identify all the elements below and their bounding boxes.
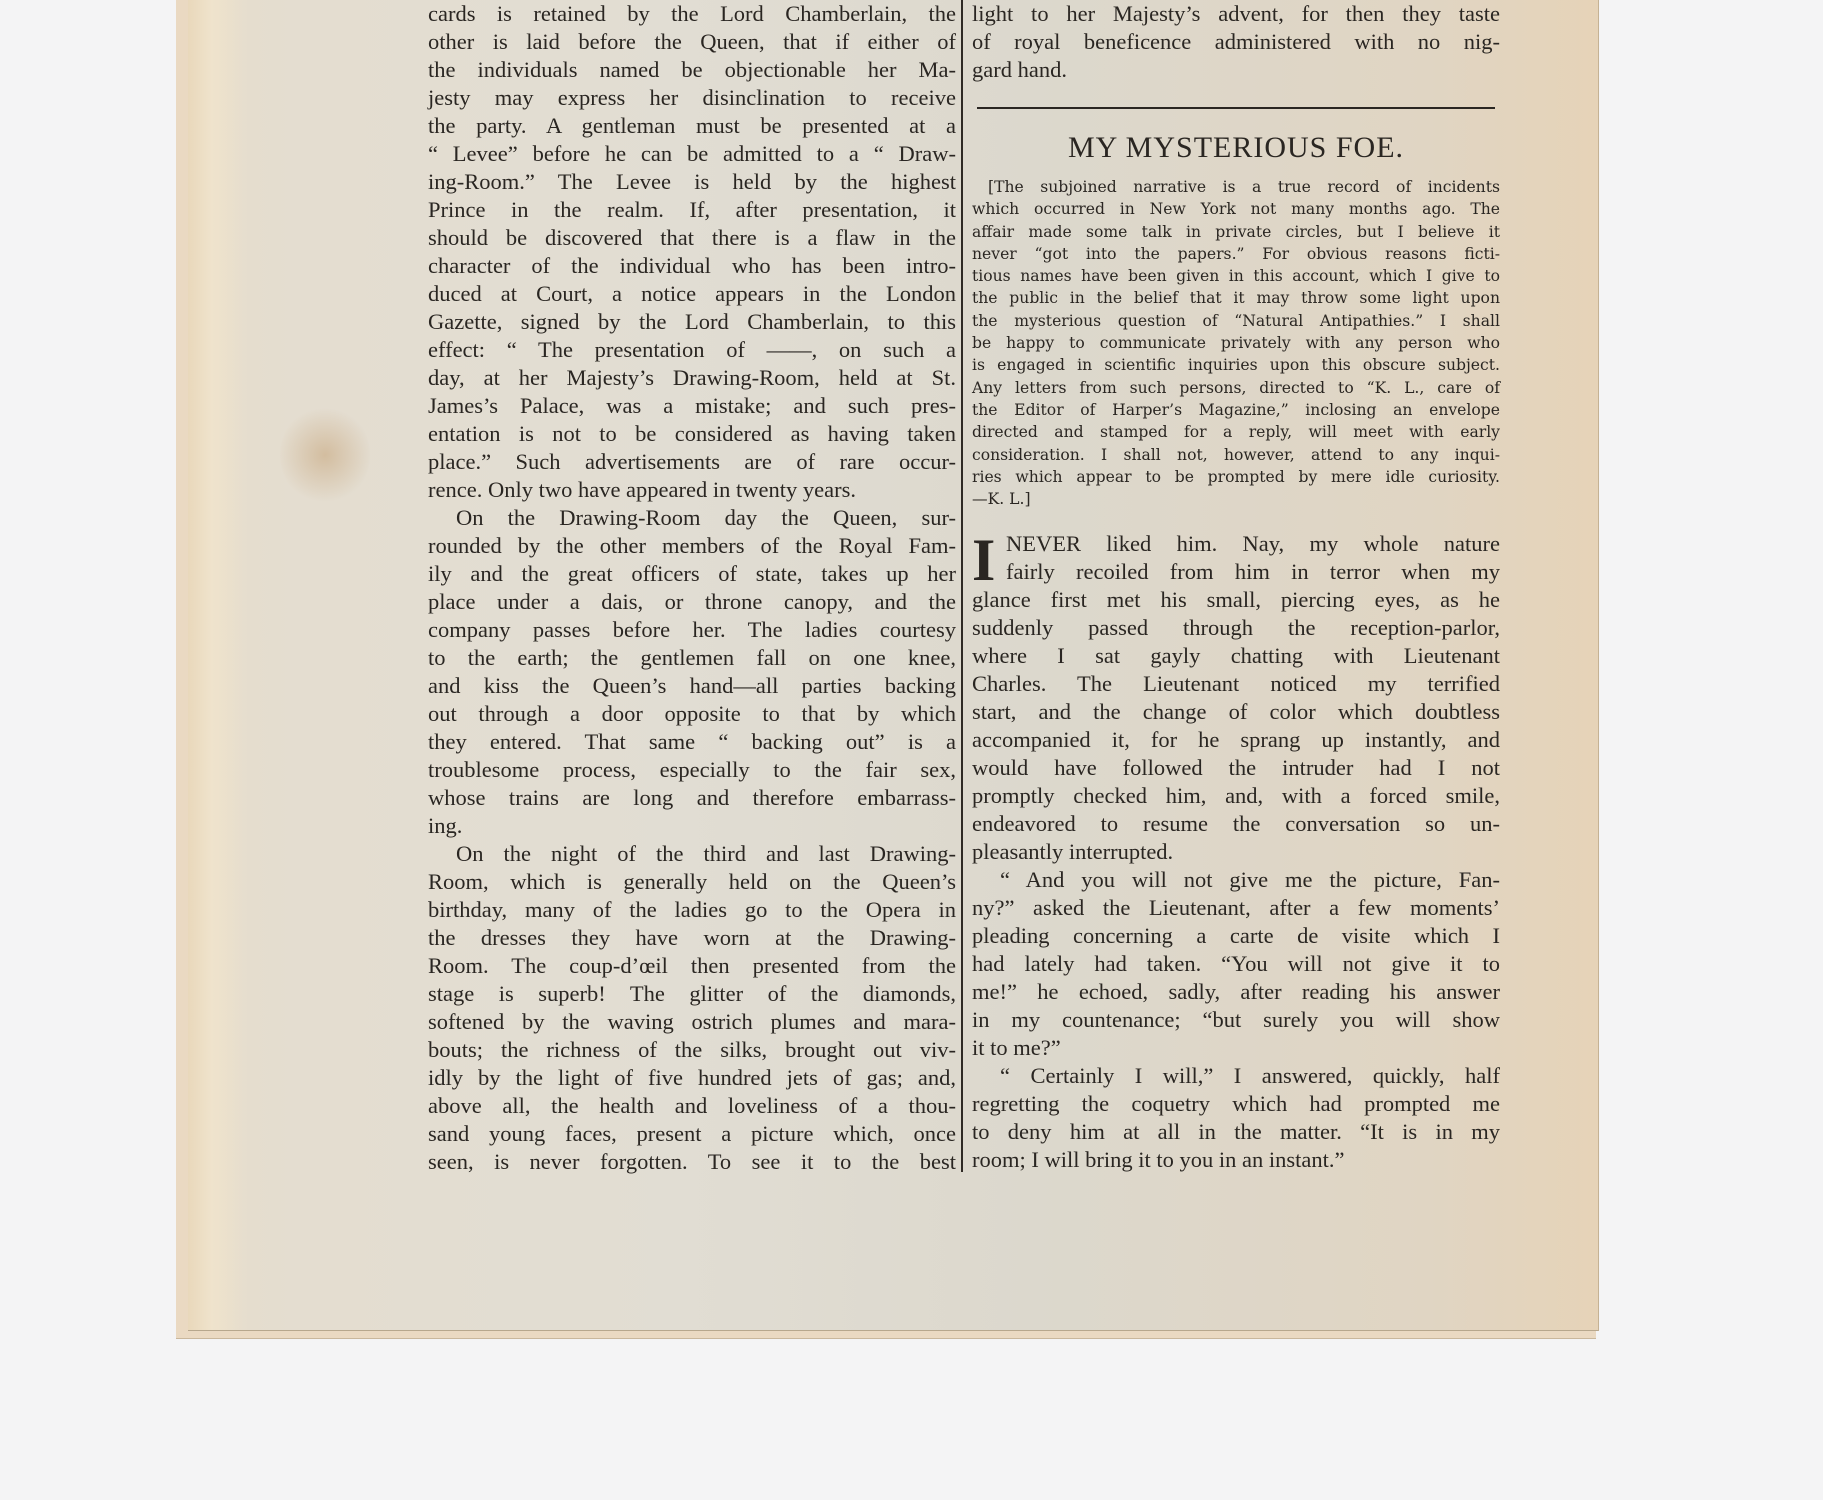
- torn-binding-edge: [188, 0, 248, 1330]
- text-line: place.” Such advertisements are of rare …: [428, 448, 956, 476]
- text-line: birthday, many of the ladies go to the O…: [428, 896, 956, 924]
- text-line: stage is superb! The glitter of the diam…: [428, 980, 956, 1008]
- text-line: and kiss the Queen’s hand—all parties ba…: [428, 672, 956, 700]
- text-line: it to me?”: [972, 1034, 1500, 1062]
- text-line: above all, the health and loveliness of …: [428, 1092, 956, 1120]
- text-line: Prince in the realm. If, after presentat…: [428, 196, 956, 224]
- note-line: the mysterious question of “Natural Anti…: [972, 310, 1500, 332]
- text-line: rounded by the other members of the Roya…: [428, 532, 956, 560]
- column-divider: [961, 0, 963, 1172]
- paragraph-start-line: On the Drawing-Room day the Queen, sur-: [428, 504, 956, 532]
- text-line: the party. A gentleman must be presented…: [428, 112, 956, 140]
- text-line: of royal beneficence administered with n…: [972, 28, 1500, 56]
- text-line: they entered. That same “ backing out” i…: [428, 728, 956, 756]
- text-line: the dresses they have worn at the Drawin…: [428, 924, 956, 952]
- note-line: affair made some talk in private circles…: [972, 221, 1500, 243]
- text-line: had lately had taken. “You will not give…: [972, 950, 1500, 978]
- text-line: should be discovered that there is a fla…: [428, 224, 956, 252]
- text-line: out through a door opposite to that by w…: [428, 700, 956, 728]
- note-line: is engaged in scientific inquiries upon …: [972, 354, 1500, 376]
- text-line: ing.: [428, 812, 956, 840]
- text-line: “ Levee” before he can be admitted to a …: [428, 140, 956, 168]
- text-line: Room. The coup-d’œil then presented from…: [428, 952, 956, 980]
- text-line: James’s Palace, was a mistake; and such …: [428, 392, 956, 420]
- text-line: accompanied it, for he sprang up instant…: [972, 726, 1500, 754]
- text-line: pleading concerning a carte de visite wh…: [972, 922, 1500, 950]
- text-line: glance first met his small, piercing eye…: [972, 586, 1500, 614]
- note-line: Any letters from such persons, directed …: [972, 377, 1500, 399]
- text-line: softened by the waving ostrich plumes an…: [428, 1008, 956, 1036]
- section-rule: [977, 107, 1495, 109]
- article-title: MY MYSTERIOUS FOE.: [972, 128, 1500, 168]
- text-line: promptly checked him, and, with a forced…: [972, 782, 1500, 810]
- text-line: regretting the coquetry which had prompt…: [972, 1090, 1500, 1118]
- text-line: ily and the great officers of state, tak…: [428, 560, 956, 588]
- drop-cap: I: [972, 534, 995, 586]
- story-body: I NEVER liked him. Nay, my whole nature …: [972, 530, 1500, 1174]
- text-line: ny?” asked the Lieutenant, after a few m…: [972, 894, 1500, 922]
- text-line: seen, is never forgotten. To see it to t…: [428, 1148, 956, 1176]
- text-line: suddenly passed through the reception-pa…: [972, 614, 1500, 642]
- text-line: ing-Room.” The Levee is held by the high…: [428, 168, 956, 196]
- text-line: Gazette, signed by the Lord Chamberlain,…: [428, 308, 956, 336]
- note-line: consideration. I shall not, however, att…: [972, 444, 1500, 466]
- text-line: the individuals named be objectionable h…: [428, 56, 956, 84]
- text-line: troublesome process, especially to the f…: [428, 756, 956, 784]
- text-line: pleasantly interrupted.: [972, 838, 1500, 866]
- note-line: the public in the belief that it may thr…: [972, 287, 1500, 309]
- note-line: the Editor of Harper’s Magazine,” inclos…: [972, 399, 1500, 421]
- note-line: never “got into the papers.” For obvious…: [972, 243, 1500, 265]
- text-line: me!” he echoed, sadly, after reading his…: [972, 978, 1500, 1006]
- text-line: NEVER liked him. Nay, my whole nature: [972, 530, 1500, 558]
- text-line: character of the individual who has been…: [428, 252, 956, 280]
- paragraph-start-line: On the night of the third and last Drawi…: [428, 840, 956, 868]
- text-line: place under a dais, or throne canopy, an…: [428, 588, 956, 616]
- text-line: jesty may express her disinclination to …: [428, 84, 956, 112]
- text-line: Room, which is generally held on the Que…: [428, 868, 956, 896]
- left-text-column: cards is retained by the Lord Chamberlai…: [428, 0, 956, 1176]
- note-line: which occurred in New York not many mont…: [972, 198, 1500, 220]
- text-line: sand young faces, present a picture whic…: [428, 1120, 956, 1148]
- text-line: entation is not to be considered as havi…: [428, 420, 956, 448]
- text-line: start, and the change of color which dou…: [972, 698, 1500, 726]
- text-line: in my countenance; “but surely you will …: [972, 1006, 1500, 1034]
- text-line: endeavored to resume the conversation so…: [972, 810, 1500, 838]
- text-line: to deny him at all in the matter. “It is…: [972, 1118, 1500, 1146]
- note-signature: —K. L.]: [972, 488, 1500, 510]
- note-line: be happy to communicate privately with a…: [972, 332, 1500, 354]
- note-line: tious names have been given in this acco…: [972, 265, 1500, 287]
- text-line: would have followed the intruder had I n…: [972, 754, 1500, 782]
- text-line: room; I will bring it to you in an insta…: [972, 1146, 1500, 1174]
- text-line: day, at her Majesty’s Drawing-Room, held…: [428, 364, 956, 392]
- paragraph-start-line: “ And you will not give me the picture, …: [972, 866, 1500, 894]
- text-line: light to her Majesty’s advent, for then …: [972, 0, 1500, 28]
- text-line: whose trains are long and therefore emba…: [428, 784, 956, 812]
- text-line: effect: “ The presentation of ——, on suc…: [428, 336, 956, 364]
- text-line: to the earth; the gentlemen fall on one …: [428, 644, 956, 672]
- text-line: other is laid before the Queen, that if …: [428, 28, 956, 56]
- note-line: ries which appear to be prompted by mere…: [972, 466, 1500, 488]
- paragraph-start-line: “ Certainly I will,” I answered, quickly…: [972, 1062, 1500, 1090]
- text-line: gard hand.: [972, 56, 1500, 84]
- note-line: [The subjoined narrative is a true recor…: [972, 176, 1500, 198]
- right-text-column: light to her Majesty’s advent, for then …: [972, 0, 1500, 84]
- foxing-stain: [280, 405, 370, 505]
- text-line: bouts; the richness of the silks, brough…: [428, 1036, 956, 1064]
- text-line: Charles. The Lieutenant noticed my terri…: [972, 670, 1500, 698]
- editor-note: [The subjoined narrative is a true recor…: [972, 176, 1500, 510]
- note-line: directed and stamped for a reply, will m…: [972, 421, 1500, 443]
- text-line: fairly recoiled from him in terror when …: [972, 558, 1500, 586]
- text-line: rence. Only two have appeared in twenty …: [428, 476, 956, 504]
- text-line: cards is retained by the Lord Chamberlai…: [428, 0, 956, 28]
- text-line: where I sat gayly chatting with Lieutena…: [972, 642, 1500, 670]
- text-line: idly by the light of five hundred jets o…: [428, 1064, 956, 1092]
- text-line: company passes before her. The ladies co…: [428, 616, 956, 644]
- text-line: duced at Court, a notice appears in the …: [428, 280, 956, 308]
